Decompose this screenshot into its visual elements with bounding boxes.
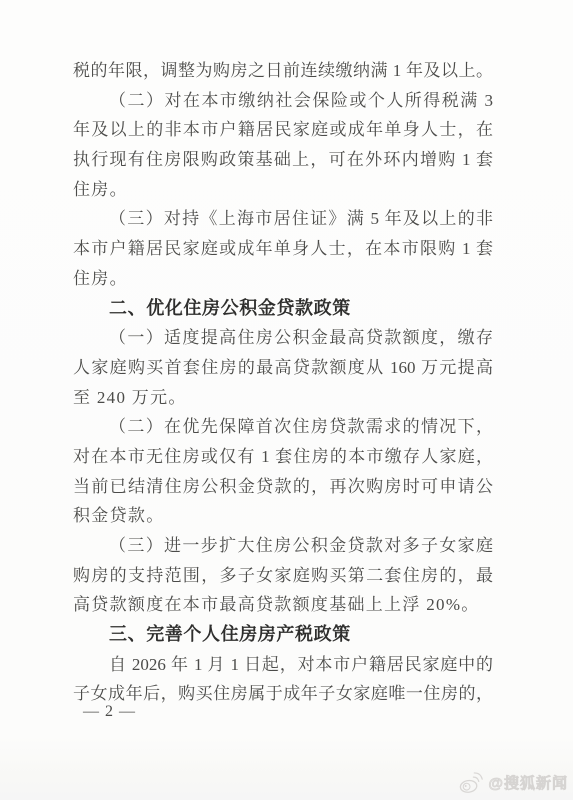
doc-line: 住房。 <box>73 175 493 205</box>
doc-line: 当前已结清住房公积金贷款的，再次购房时可申请公 <box>73 472 493 502</box>
doc-line: 年及以上的非本市户籍居民家庭或成年单身人士，在 <box>73 115 493 145</box>
weibo-watermark: @搜狐新闻 <box>457 769 568 795</box>
weibo-icon <box>457 769 485 795</box>
doc-line: 税的年限，调整为购房之日前连续缴纳满 1 年及以上。 <box>73 56 493 86</box>
scanned-document-page: 税的年限，调整为购房之日前连续缴纳满 1 年及以上。 （二）对在本市缴纳社会保险… <box>0 0 573 800</box>
doc-line: 自 2026 年 1 月 1 日起，对本市户籍居民家庭中的 <box>73 650 493 680</box>
section-heading: 二、优化住房公积金贷款政策 <box>73 294 493 324</box>
doc-line: 高贷款额度在本市最高贷款额度基础上上浮 20%。 <box>73 590 493 620</box>
doc-line: （二）在优先保障首次住房贷款需求的情况下， <box>73 412 493 442</box>
doc-line: 购房的支持范围，多子女家庭购买第二套住房的，最 <box>73 561 493 591</box>
doc-line: 至 240 万元。 <box>73 383 493 413</box>
doc-line: 积金贷款。 <box>73 501 493 531</box>
doc-line: 住房。 <box>73 264 493 294</box>
doc-line: 人家庭购买首套住房的最高贷款额度从 160 万元提高 <box>73 353 493 383</box>
doc-line: （三）进一步扩大住房公积金贷款对多子女家庭 <box>73 531 493 561</box>
doc-line: （三）对持《上海市居住证》满 5 年及以上的非 <box>73 204 493 234</box>
doc-line: （二）对在本市缴纳社会保险或个人所得税满 3 <box>73 86 493 116</box>
watermark-handle: @搜狐新闻 <box>488 772 568 793</box>
doc-line: 执行现有住房限购政策基础上，可在外环内增购 1 套 <box>73 145 493 175</box>
doc-line: 对在本市无住房或仅有 1 套住房的本市缴存人家庭， <box>73 442 493 472</box>
doc-line: （一）适度提高住房公积金最高贷款额度，缴存 <box>73 323 493 353</box>
document-text-block: 税的年限，调整为购房之日前连续缴纳满 1 年及以上。 （二）对在本市缴纳社会保险… <box>73 56 493 709</box>
doc-line: 本市户籍居民家庭或成年单身人士，在本市限购 1 套 <box>73 234 493 264</box>
page-number: — 2 — <box>83 703 136 721</box>
section-heading: 三、完善个人住房房产税政策 <box>73 620 493 650</box>
doc-line: 子女成年后，购买住房属于成年子女家庭唯一住房的， <box>73 679 493 709</box>
